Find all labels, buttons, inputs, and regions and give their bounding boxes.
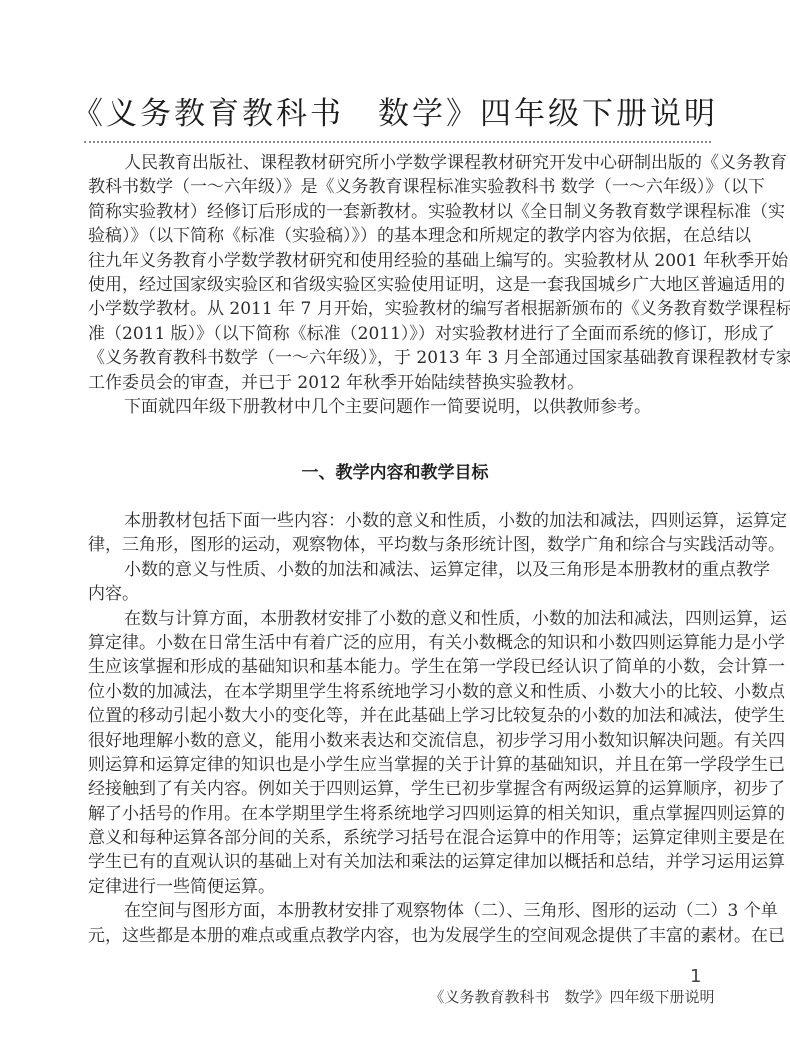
intro-section: 人民教育出版社、课程教材研究所小学数学课程教材研究开发中心研制出版的《义务教育 … [88,151,714,419]
text-line: 则运算和运算定律的知识也是小学生应当掌握的关于计算的基础知识，并且在第一学段学生… [88,753,714,777]
title-divider [84,141,711,143]
text-line: 工作委员会的审查，并已于 2012 年秋季开始陆续替换实验教材。 [88,371,714,395]
page-title: 《义务教育教科书 数学》四年级下册说明 [0,88,790,133]
text-line: 使用，经过国家级实验区和省级实验区实验使用证明，这是一套我国城乡广大地区普遍适用… [88,273,714,297]
text-line: 学生已有的直观认识的基础上对有关加法和乘法的运算定律加以概括和总结，并学习运用运… [88,850,714,874]
text-line: 位小数的加减法，在本学期里学生将系统地学习小数的意义和性质、小数大小的比较、小数… [88,680,714,704]
text-line: 简称实验教材）经修订后形成的一套新教材。实验教材以《全日制义务教育数学课程标准（… [88,200,714,224]
text-line: 在数与计算方面，本册教材安排了小数的意义和性质，小数的加法和减法，四则运算，运 [88,607,714,631]
text-line: 律，三角形，图形的运动，观察物体，平均数与条形统计图，数学广角和综合与实践活动等… [88,533,714,557]
section-1-body: 本册教材包括下面一些内容：小数的意义和性质，小数的加法和减法，四则运算，运算定 … [88,509,714,948]
text-line: 往九年义务教育小学数学教材研究和使用经验的基础上编写的。实验教材从 2001 年… [88,249,714,273]
text-line: 教科书数学（一～六年级）》是《义务教育课程标准实验教科书 数学（一～六年级）》（… [88,175,714,199]
text-line: 元，这些都是本册的难点或重点教学内容，也为发展学生的空间观念提供了丰富的素材。在… [88,924,714,948]
text-line: 小数的意义与性质、小数的加法和减法、运算定律，以及三角形是本册教材的重点教学 [88,558,714,582]
text-line: 验稿）》（以下简称《标准（实验稿）》）的基本理念和所规定的教学内容为依据，在总结… [88,224,714,248]
section-heading: 一、教学内容和教学目标 [0,458,790,483]
text-line: 很好地理解小数的意义，能用小数来表达和交流信息，初步学习用小数知识解决问题。有关… [88,729,714,753]
paragraph: 小数的意义与性质、小数的加法和减法、运算定律，以及三角形是本册教材的重点教学 内… [88,558,714,607]
text-line: 小学数学教材。从 2011 年 7 月开始，实验教材的编写者根据新颁布的《义务教… [88,297,714,321]
paragraph: 在空间与图形方面，本册教材安排了观察物体（二）、三角形、图形的运动（二）3 个单… [88,899,714,948]
text-line: 下面就四年级下册教材中几个主要问题作一简要说明，以供教师参考。 [88,395,714,419]
paragraph: 在数与计算方面，本册教材安排了小数的意义和性质，小数的加法和减法，四则运算，运 … [88,607,714,900]
text-line: 《义务教育教科书数学（一～六年级）》，于 2013 年 3 月全部通过国家基础教… [88,346,714,370]
text-line: 解了小括号的作用。在本学期里学生将系统地学习四则运算的相关知识，重点掌握四则运算… [88,802,714,826]
paragraph: 下面就四年级下册教材中几个主要问题作一简要说明，以供教师参考。 [88,395,714,419]
paragraph: 人民教育出版社、课程教材研究所小学数学课程教材研究开发中心研制出版的《义务教育 … [88,151,714,395]
text-line: 生应该掌握和形成的基础知识和基本能力。学生在第一学段已经认识了简单的小数，会计算… [88,655,714,679]
text-line: 意义和每种运算各部分间的关系，系统学习括号在混合运算中的作用等；运算定律则主要是… [88,826,714,850]
text-line: 本册教材包括下面一些内容：小数的意义和性质，小数的加法和减法，四则运算，运算定 [88,509,714,533]
text-line: 准（2011 版）》（以下简称《标准（2011）》）对实验教材进行了全面而系统的… [88,322,714,346]
text-line: 经接触到了有关内容。例如关于四则运算，学生已初步掌握含有两级运算的运算顺序，初步… [88,777,714,801]
page-number: 1 [690,966,701,987]
text-line: 内容。 [88,582,714,606]
paragraph: 本册教材包括下面一些内容：小数的意义和性质，小数的加法和减法，四则运算，运算定 … [88,509,714,558]
page-footer: 《义务教育教科书 数学》四年级下册说明 1 [420,968,720,1025]
text-line: 在空间与图形方面，本册教材安排了观察物体（二）、三角形、图形的运动（二）3 个单 [88,899,714,923]
text-line: 算定律。小数在日常生活中有着广泛的应用，有关小数概念的知识和小数四则运算能力是小… [88,631,714,655]
text-line: 位置的移动引起小数大小的变化等，并在此基础上学习比较复杂的小数的加法和减法，使学… [88,704,714,728]
text-line: 人民教育出版社、课程教材研究所小学数学课程教材研究开发中心研制出版的《义务教育 [88,151,714,175]
text-line: 定律进行一些简便运算。 [88,875,714,899]
running-title: 《义务教育教科书 数学》四年级下册说明 [430,988,715,1006]
